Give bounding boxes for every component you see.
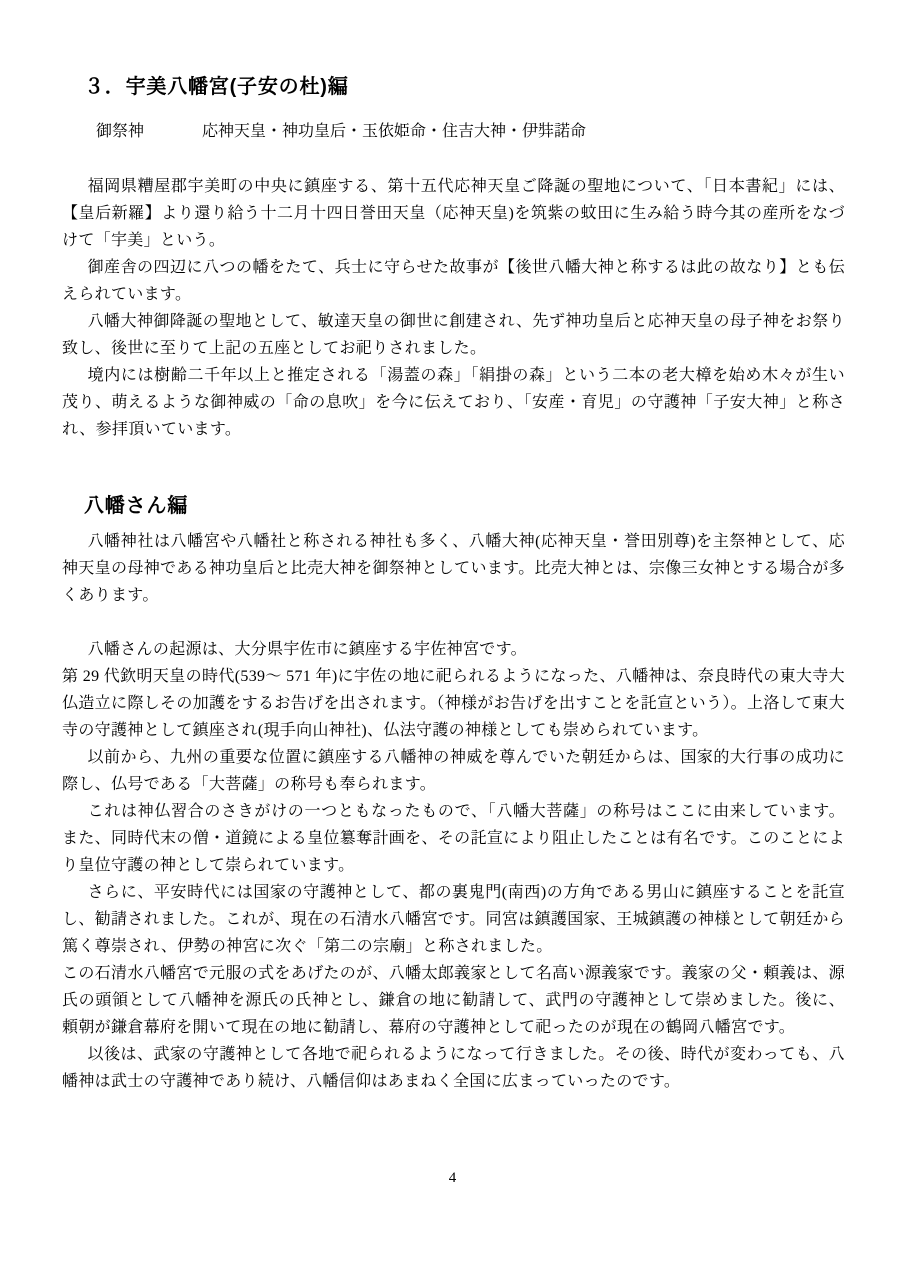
- paragraph: 境内には樹齢二千年以上と推定される「湯蓋の森」「絹掛の森」という二本の老大樟を始…: [62, 362, 845, 443]
- paragraph: 以後は、武家の守護神として各地で祀られるようになって行きました。その後、時代が変…: [62, 1041, 845, 1095]
- paragraph: 第 29 代欽明天皇の時代(539～ 571 年)に宇佐の地に祀られるようになっ…: [62, 663, 845, 744]
- paragraph: 以前から、九州の重要な位置に鎮座する八幡神の神威を尊んでいた朝廷からは、国家的大…: [62, 744, 845, 798]
- section2-title: 八幡さん編: [84, 493, 845, 519]
- paragraph: 八幡大神御降誕の聖地として、敏達天皇の御世に創建され、先ず神功皇后と応神天皇の母…: [62, 308, 845, 362]
- deities-label: 御祭神: [96, 122, 202, 142]
- document-page: ３．宇美八幡宮(子安の杜)編 御祭神応神天皇・神功皇后・玉依姫命・住吉大神・伊弉…: [0, 0, 905, 1280]
- paragraph: 御産舎の四辺に八つの幡をたて、兵士に守らせた故事が【後世八幡大神と称するは此の故…: [62, 254, 845, 308]
- paragraph: 福岡県糟屋郡宇美町の中央に鎮座する、第十五代応神天皇ご降誕の聖地について、「日本…: [62, 173, 845, 254]
- page-number: 4: [0, 1168, 905, 1188]
- deities-value: 応神天皇・神功皇后・玉依姫命・住吉大神・伊弉諾命: [202, 123, 586, 140]
- section1-title: ３．宇美八幡宮(子安の杜)編: [84, 74, 845, 100]
- paragraph: これは神仏習合のさきがけの一つともなったもので、「八幡大菩薩」の称号はここに由来…: [62, 798, 845, 879]
- section1-body: 福岡県糟屋郡宇美町の中央に鎮座する、第十五代応神天皇ご降誕の聖地について、「日本…: [62, 173, 845, 443]
- paragraph: 八幡神社は八幡宮や八幡社と称される神社も多く、八幡大神(応神天皇・誉田別尊)を主…: [62, 528, 845, 609]
- deities-line: 御祭神応神天皇・神功皇后・玉依姫命・住吉大神・伊弉諾命: [96, 122, 845, 142]
- paragraph: 八幡さんの起源は、大分県宇佐市に鎮座する宇佐神宮です。: [62, 636, 845, 663]
- section2-body: 八幡神社は八幡宮や八幡社と称される神社も多く、八幡大神(応神天皇・誉田別尊)を主…: [62, 528, 845, 1095]
- paragraph: この石清水八幡宮で元服の式をあげたのが、八幡太郎義家として名高い源義家です。義家…: [62, 960, 845, 1041]
- paragraph: さらに、平安時代には国家の守護神として、都の裏鬼門(南西)の方角である男山に鎮座…: [62, 879, 845, 960]
